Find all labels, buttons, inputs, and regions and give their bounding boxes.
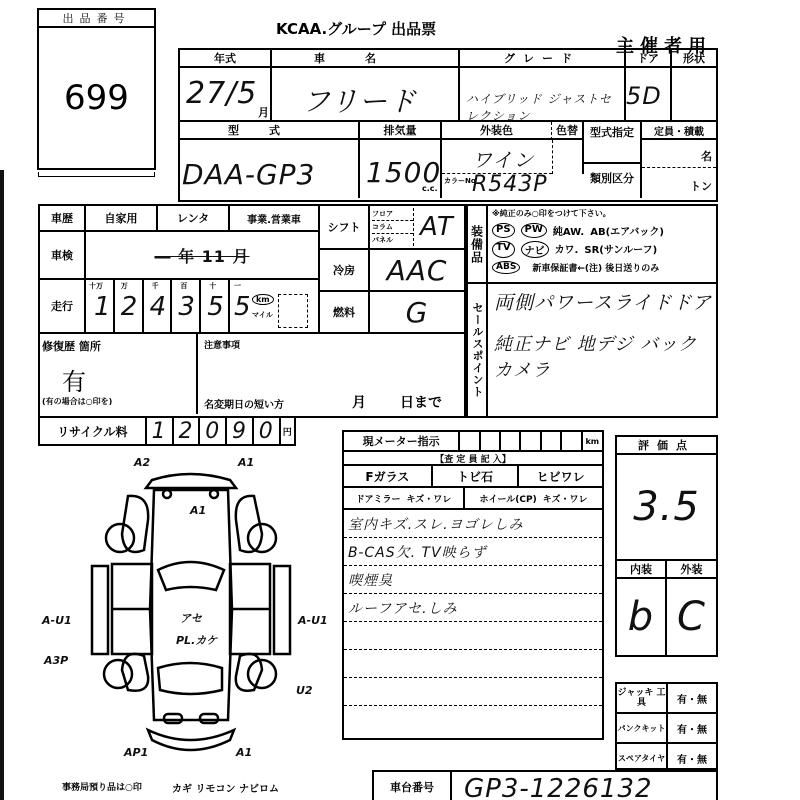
equip-tv[interactable]: TV	[492, 241, 515, 258]
svg-text:A1: A1	[189, 504, 206, 517]
lot-number-box: 出品番号 699	[37, 8, 156, 170]
svg-text:PL.カケ: PL.カケ	[176, 634, 218, 647]
capacity-person-cell: 名	[642, 140, 716, 168]
mileage-digit: 4	[150, 292, 168, 322]
equip-aw[interactable]: 純AW.	[553, 223, 584, 238]
fuel-label: 燃料	[320, 292, 370, 332]
displacement-label: 排気量	[360, 122, 442, 140]
digit-label: 十万	[89, 281, 103, 291]
tools-block: ジャッキ 工具 有・無 パンクキット 有・無 スペアタイヤ 有・無	[615, 682, 718, 770]
shift-option-panel[interactable]: パネル	[372, 234, 413, 246]
fglass-option-chip[interactable]: トビ石	[433, 466, 520, 486]
repair-cell: 修復歴 箇所 有 (有の場合は○印を)	[40, 334, 198, 414]
chassis-label: 車台番号	[374, 772, 452, 800]
fglass-option-crack[interactable]: ヒビワレ	[519, 466, 602, 486]
svg-text:A1: A1	[237, 456, 254, 469]
inspector-line	[344, 678, 602, 706]
usage-label: 車歴	[40, 206, 86, 232]
lot-number-value: 699	[39, 28, 154, 168]
equip-abs[interactable]: ABS	[492, 261, 520, 274]
svg-text:A2: A2	[133, 456, 151, 469]
ext-color-label: 外装色	[442, 122, 552, 140]
mileage-digit: 1	[94, 292, 112, 322]
wheel-label: ホイール(CP)	[479, 492, 536, 505]
shift-cell: フロア コラム パネル AT	[370, 206, 464, 250]
month-suffix: 月	[258, 104, 269, 120]
color-no-cell: カラーNo R543P	[442, 174, 584, 198]
tool-label: パンクキット	[617, 714, 668, 742]
equip-ps[interactable]: PS	[492, 223, 515, 238]
shift-options: フロア コラム パネル	[372, 208, 414, 246]
mileage-digit: 5	[207, 292, 225, 322]
form-title: KCAA.グループ 出品票	[276, 18, 436, 39]
tools-row-puncture: パンクキット 有・無	[617, 714, 716, 744]
repair-label: 修復歴 箇所	[42, 338, 101, 354]
usage-option-private[interactable]: 自家用	[86, 206, 158, 232]
name-label: 車名	[272, 50, 460, 68]
chassis-value: GP3-1226132	[452, 772, 653, 800]
vehicle-row-1: 年式 27/5 月 車名 フリード グレード ハイブリッド ジャストセレクション…	[178, 48, 718, 122]
capacity-ton-cell: トン	[642, 168, 716, 198]
sales-point-line-1: 両側パワースライドドア	[494, 288, 712, 315]
sales-point-label: セールスポイント	[468, 284, 488, 416]
recycle-digit: 9	[227, 418, 254, 444]
color-change-cell	[552, 140, 584, 174]
svg-text:AP1: AP1	[123, 746, 148, 759]
svg-text:A1: A1	[235, 746, 252, 759]
shift-value: AT	[420, 212, 454, 242]
inspector-line: 室内キズ.スレ.ヨゴレしみ	[344, 510, 602, 538]
mileage-digit: 5	[234, 292, 252, 322]
inspector-lines: 室内キズ.スレ.ヨゴレしみ B-CAS欠. TV映らず 喫煙臭 ルーフアセ.しみ	[344, 510, 602, 706]
recycle-label: リサイクル料	[40, 418, 147, 444]
ext-color-cell: ワイン	[442, 140, 552, 174]
tool-value[interactable]: 有・無	[668, 744, 716, 772]
grade-label: グレード	[460, 50, 626, 68]
inspector-line	[344, 622, 602, 650]
equipment-label: 装備品	[468, 206, 488, 284]
door-cell: 5D	[626, 68, 672, 120]
lot-number-label: 出品番号	[39, 10, 154, 28]
history-block: 車歴 自家用 レンタ 事業.営業車 車検 ― 年 11 月 走行 十万1 万2 …	[38, 204, 320, 334]
interior-value: b	[617, 579, 667, 655]
model-label: 型式	[180, 122, 360, 140]
recycle-digit: 2	[174, 418, 201, 444]
office-items: カギ リモコン ナビロム	[172, 780, 279, 795]
recycle-digit: 1	[147, 418, 174, 444]
equip-pw[interactable]: PW	[521, 223, 547, 238]
digit-label: 一	[234, 281, 241, 291]
mirror-option[interactable]: キズ・ワレ	[406, 492, 451, 505]
recycle-digit: 0	[254, 418, 281, 444]
mirror-wheel-row: ドアミラーキズ・ワレ ホイール(CP)キズ・ワレ	[344, 488, 602, 510]
svg-text:アセ: アセ	[180, 612, 203, 625]
inspection-label: 車検	[40, 232, 86, 280]
shift-label: シフト	[320, 206, 370, 250]
divider	[38, 172, 155, 177]
ext-color-value: ワイン	[472, 144, 534, 173]
equipment-note: ※純正のみ○印をつけて下さい。	[492, 208, 712, 219]
unit-km[interactable]: km	[252, 294, 274, 305]
year-label: 年式	[180, 50, 272, 68]
fglass-label: Fガラス	[344, 466, 433, 486]
shift-option-floor[interactable]: フロア	[372, 208, 413, 221]
fglass-row: Fガラス トビ石 ヒビワレ	[344, 466, 602, 488]
color-change-label: 色替	[552, 122, 584, 140]
svg-text:A-U1: A-U1	[297, 614, 328, 627]
recycle-unit: 円	[281, 418, 294, 444]
mechanical-block: シフト フロア コラム パネル AT 冷房 AAC 燃料 G	[320, 204, 466, 334]
recycle-digit: 0	[200, 418, 227, 444]
wheel-option[interactable]: キズ・ワレ	[543, 492, 588, 505]
digit-label: 百	[180, 281, 187, 291]
exterior-value: C	[667, 579, 716, 655]
vehicle-row-2: 型式 DAA-GP3 排気量 1500 c.c. 外装色 ワイン カラーNo R…	[178, 122, 718, 202]
inspector-line: ルーフアセ.しみ	[344, 594, 602, 622]
door-label: ドア	[626, 50, 672, 68]
repair-note: (有の場合は○印を)	[42, 396, 112, 407]
score-value: 3.5	[617, 455, 716, 561]
svg-text:A3P: A3P	[43, 654, 68, 667]
mileage-extra-box	[278, 294, 308, 328]
digit-label: 万	[121, 281, 128, 291]
mileage-label: 走行	[40, 280, 86, 332]
name-value: フリード	[302, 80, 417, 120]
class-label: 類別区分	[584, 162, 642, 198]
tool-value[interactable]: 有・無	[668, 684, 716, 712]
tools-row-jack: ジャッキ 工具 有・無	[617, 684, 716, 714]
model-value: DAA-GP3	[182, 158, 315, 191]
capacity-label: 定員・積載	[642, 122, 716, 140]
repair-notes-block: 修復歴 箇所 有 (有の場合は○印を) 注意事項 名変期日の短い方 月 日まで	[38, 334, 466, 418]
deadline-day: 日まで	[400, 392, 442, 412]
tools-row-spare: スペアタイヤ 有・無	[617, 744, 716, 772]
exterior-label: 外装	[667, 561, 716, 579]
deadline-month: 月	[352, 392, 366, 412]
shape-label: 形状	[672, 50, 716, 68]
color-no-value: R543P	[472, 172, 548, 197]
repair-value: 有	[62, 362, 86, 397]
tool-label: スペアタイヤ	[617, 744, 668, 772]
meter-unit: km	[583, 432, 602, 450]
equipment-block: 装備品 ※純正のみ○印をつけて下さい。 PS PW 純AW. AB(エアバック)…	[466, 204, 718, 418]
chassis-row: 車台番号 GP3-1226132	[372, 770, 718, 800]
capacity-unit-ton: トン	[690, 178, 712, 194]
capacity-unit-person: 名	[701, 148, 712, 164]
usage-option-rental[interactable]: レンタ	[158, 206, 230, 232]
equipment-cell: ※純正のみ○印をつけて下さい。 PS PW 純AW. AB(エアバック) TV …	[488, 206, 716, 284]
mirror-label: ドアミラー	[356, 492, 401, 505]
ac-value: AAC	[370, 250, 464, 292]
fuel-value: G	[370, 292, 464, 332]
digit-label: 千	[152, 281, 159, 291]
svg-text:U2: U2	[296, 684, 313, 697]
scan-edge-bar	[0, 170, 4, 800]
inspector-header: 【査 定 員 記 入】	[344, 452, 602, 466]
year-value: 27/5	[186, 76, 257, 111]
deadline-label: 名変期日の短い方	[204, 396, 284, 411]
recycle-row: リサイクル料 1 2 0 9 0 円	[38, 416, 296, 446]
score-label: 評価点	[617, 437, 716, 455]
interior-label: 内装	[617, 561, 667, 579]
notes-label: 注意事項	[204, 338, 240, 351]
meter-label: 現メーター指示	[344, 432, 460, 450]
name-cell: フリード	[272, 68, 460, 120]
color-no-label: カラーNo	[444, 176, 476, 186]
shift-option-column[interactable]: コラム	[372, 221, 413, 234]
equip-ab[interactable]: AB(エアバック)	[590, 223, 664, 238]
inspector-line: B-CAS欠. TV映らず	[344, 538, 602, 566]
score-block: 評価点 3.5 内装 外装 b C	[615, 435, 718, 657]
office-note: 事務局預り品は○印	[62, 780, 142, 793]
svg-text:A-U1: A-U1	[41, 614, 72, 627]
model-cell: DAA-GP3	[180, 140, 360, 198]
equip-navi[interactable]: ナビ	[521, 241, 549, 258]
inspector-block: 現メーター指示 km 【査 定 員 記 入】 Fガラス トビ石 ヒビワレ ドアミ…	[342, 430, 604, 740]
equip-sr[interactable]: SR(サンルーフ)	[584, 241, 657, 258]
mileage-digits: 十万1 万2 千4 百3 十5 一 5 km マイル	[86, 280, 318, 332]
inspector-line	[344, 650, 602, 678]
mileage-digit: 2	[121, 292, 139, 322]
mileage-digit: 3	[178, 292, 196, 322]
inspection-value: ― 年 11 月	[86, 232, 318, 280]
inspector-line: 喫煙臭	[344, 566, 602, 594]
unit-mile[interactable]: マイル	[252, 310, 273, 320]
tool-value[interactable]: 有・無	[668, 714, 716, 742]
door-value: 5D	[626, 82, 662, 110]
year-cell: 27/5 月	[180, 68, 272, 120]
sales-point-line-2: 純正ナビ 地デジ バックカメラ	[494, 330, 716, 382]
ac-label: 冷房	[320, 250, 370, 292]
type-designation-label: 型式指定	[584, 122, 642, 162]
car-damage-diagram: A2 A1 A1 A-U1 A3P A-U1 U2 AP1 A1 アセ PL.カ…	[40, 450, 340, 760]
displacement-cell: 1500 c.c.	[360, 140, 442, 198]
equip-leather[interactable]: カワ.	[555, 241, 579, 258]
displacement-unit: c.c.	[422, 184, 438, 193]
equip-warranty[interactable]: 新車保証書←(注) 後日送りのみ	[532, 261, 659, 274]
grade-cell: ハイブリッド ジャストセレクション	[460, 68, 626, 120]
usage-option-business[interactable]: 事業.営業車	[230, 206, 318, 232]
meter-row: 現メーター指示 km	[344, 432, 602, 452]
tool-label: ジャッキ 工具	[617, 684, 668, 712]
digit-label: 十	[209, 281, 216, 291]
grade-value: ハイブリッド ジャストセレクション	[466, 90, 624, 124]
